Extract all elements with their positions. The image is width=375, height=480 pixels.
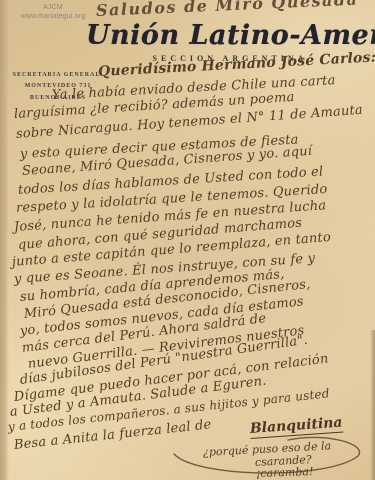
- signature: Blanquitina: [249, 415, 343, 439]
- letterhead-title: Unión Latino-Americana: [86, 20, 372, 51]
- watermark-url: www.mariategui.org: [10, 13, 96, 22]
- top-margin-note: Saludos de Miró Quesada: [96, 0, 359, 20]
- address-line: SECRETARIA GENERAL:: [12, 70, 104, 81]
- postscript-line: ¡caramba!: [256, 465, 314, 480]
- scanned-letter-page: AJCM www.mariategui.org Saludos de Miró …: [0, 0, 375, 480]
- archive-watermark: AJCM www.mariategui.org: [10, 4, 96, 22]
- watermark-acronym: AJCM: [10, 4, 96, 13]
